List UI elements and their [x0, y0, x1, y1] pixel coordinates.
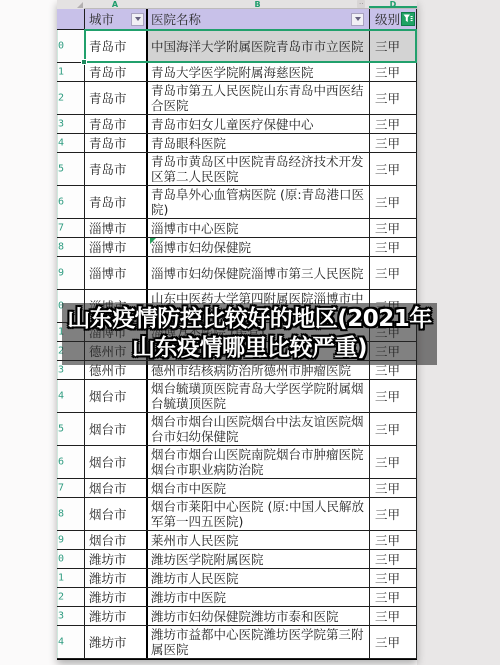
- cell-hospital[interactable]: 烟台市中医院: [146, 479, 369, 497]
- table-header-row: 城市 医院名称 级别: [57, 9, 417, 30]
- table-row: 13 青岛市 青岛市妇女儿童医疗保健中心 三甲: [57, 115, 417, 134]
- row-number[interactable]: 25: [57, 413, 84, 445]
- cell-level[interactable]: 三甲: [369, 290, 417, 322]
- cell-hospital[interactable]: 烟台市烟台山医院烟台中法友谊医院烟台市妇幼保健院: [146, 413, 369, 445]
- table-row: 21 淄博市 淄博万杰医院 (民营) 三甲: [57, 323, 417, 342]
- cell-hospital[interactable]: 烟台市烟台山医院南院烟台市肿瘤医院烟台市职业病防治院: [146, 446, 369, 478]
- cell-hospital[interactable]: 青岛市黄岛区中医院青岛经济技术开发区第二人民医院: [146, 153, 369, 185]
- header-hospital-label: 医院名称: [151, 12, 201, 27]
- table-row: 23 德州市 德州市结核病防治所德州市肿瘤医院 三甲: [57, 361, 417, 380]
- row-number[interactable]: 28: [57, 498, 84, 530]
- cell-city[interactable]: 潍坊市: [84, 569, 146, 587]
- cell-city[interactable]: 淄博市: [84, 257, 146, 289]
- row-number[interactable]: 29: [57, 531, 84, 549]
- cell-level[interactable]: 三甲: [369, 479, 417, 497]
- row-number[interactable]: 14: [57, 134, 84, 152]
- cell-level[interactable]: 三甲: [369, 63, 417, 81]
- cell-level[interactable]: 三甲: [369, 238, 417, 256]
- table-row: 30 潍坊市 潍坊医学院附属医院 三甲: [57, 550, 417, 569]
- cell-city[interactable]: 淄博市: [84, 290, 146, 322]
- table-row: 11 青岛市 青岛大学医学院附属海慈医院 三甲: [57, 63, 417, 82]
- cell-city[interactable]: 烟台市: [84, 479, 146, 497]
- table-row: 18 淄博市 淄博市妇幼保健院 三甲: [57, 238, 417, 257]
- column-letter-b[interactable]: B: [146, 0, 369, 8]
- column-letters-strip: A B D ··: [57, 0, 417, 9]
- row-number[interactable]: 31: [57, 569, 84, 587]
- cell-level[interactable]: 三甲: [369, 82, 417, 114]
- row-number[interactable]: 21: [57, 323, 84, 341]
- cell-level[interactable]: 三甲: [369, 153, 417, 185]
- cell-city[interactable]: 淄博市: [84, 323, 146, 341]
- row-number[interactable]: 24: [57, 380, 84, 412]
- header-level: 级别: [369, 9, 417, 29]
- table-row: 34 潍坊市 潍坊市益都中心医院潍坊医学院第三附属医院 三甲: [57, 626, 417, 659]
- cell-hospital[interactable]: 淄博市妇幼保健院: [146, 238, 369, 256]
- header-level-label: 级别: [375, 10, 400, 28]
- header-row-corner: [57, 9, 84, 29]
- cell-hospital[interactable]: 山东中医药大学第四附属医院淄博市中西医结合医院: [146, 290, 369, 322]
- cell-hospital[interactable]: 德州市中医院: [146, 342, 369, 360]
- hospital-table: 城市 医院名称 级别: [57, 9, 417, 660]
- cell-note-marker-icon: [150, 238, 156, 244]
- row-number[interactable]: 34: [57, 626, 84, 658]
- row-number[interactable]: 10: [57, 30, 84, 62]
- cell-level[interactable]: 三甲: [369, 498, 417, 530]
- cell-level[interactable]: 三甲: [369, 607, 417, 625]
- cell-city[interactable]: 淄博市: [84, 238, 146, 256]
- table-body: 10 青岛市 中国海洋大学附属医院青岛市市立医院 三甲 11 青岛市 青岛大学医…: [57, 30, 417, 659]
- cell-city[interactable]: 烟台市: [84, 531, 146, 549]
- table-row: 12 青岛市 青岛市第五人民医院山东青岛中西医结合医院 三甲: [57, 82, 417, 115]
- dropdown-arrow-icon: [135, 17, 141, 21]
- cell-level[interactable]: 三甲: [369, 531, 417, 549]
- cell-city[interactable]: 潍坊市: [84, 607, 146, 625]
- table-row: 22 德州市 德州市中医院 三甲: [57, 342, 417, 361]
- select-all-triangle-icon: [77, 2, 83, 8]
- cell-hospital[interactable]: 青岛眼科医院: [146, 134, 369, 152]
- spreadsheet: A B D ·· 城市 医院名称 级别: [57, 0, 417, 660]
- cell-city[interactable]: 烟台市: [84, 498, 146, 530]
- cell-hospital[interactable]: 青岛阜外心血管病医院 (原:青岛港口医院): [146, 186, 369, 218]
- cell-city[interactable]: 烟台市: [84, 446, 146, 478]
- sheet-right-margin: [417, 0, 500, 665]
- row-number[interactable]: 11: [57, 63, 84, 81]
- cell-hospital[interactable]: 淄博万杰医院 (民营): [146, 323, 369, 341]
- cell-hospital[interactable]: 德州市结核病防治所德州市肿瘤医院: [146, 361, 369, 379]
- cell-level[interactable]: 三甲: [369, 413, 417, 445]
- cell-hospital[interactable]: 潍坊市人民医院: [146, 569, 369, 587]
- cell-city[interactable]: 青岛市: [84, 186, 146, 218]
- row-number[interactable]: 30: [57, 550, 84, 568]
- cell-level[interactable]: 三甲: [369, 342, 417, 360]
- column-letter-a[interactable]: A: [84, 0, 146, 8]
- cell-level[interactable]: 三甲: [369, 257, 417, 289]
- cell-hospital[interactable]: 潍坊市中医院: [146, 588, 369, 606]
- table-row: 17 淄博市 淄博市中心医院 三甲: [57, 219, 417, 238]
- cell-level[interactable]: 三甲: [369, 219, 417, 237]
- cell-hospital[interactable]: 青岛大学医学院附属海慈医院: [146, 63, 369, 81]
- row-number[interactable]: 32: [57, 588, 84, 606]
- cell-level[interactable]: 三甲: [369, 323, 417, 341]
- row-number[interactable]: 15: [57, 153, 84, 185]
- cell-hospital[interactable]: 淄博市妇幼保健院淄博市第三人民医院: [146, 257, 369, 289]
- row-number[interactable]: 17: [57, 219, 84, 237]
- row-number[interactable]: 27: [57, 479, 84, 497]
- cell-hospital[interactable]: 烟台市莱阳中心医院 (原:中国人民解放军第一四五医院): [146, 498, 369, 530]
- table-row: 20 淄博市 山东中医药大学第四附属医院淄博市中西医结合医院 三甲: [57, 290, 417, 323]
- cell-hospital[interactable]: 青岛市第五人民医院山东青岛中西医结合医院: [146, 82, 369, 114]
- cell-level[interactable]: 三甲: [369, 588, 417, 606]
- row-number[interactable]: 19: [57, 257, 84, 289]
- table-row: 29 烟台市 莱州市人民医院 三甲: [57, 531, 417, 550]
- cell-level[interactable]: 三甲: [369, 134, 417, 152]
- row-number[interactable]: 20: [57, 290, 84, 322]
- cell-level[interactable]: 三甲: [369, 380, 417, 412]
- cell-city[interactable]: 青岛市: [84, 153, 146, 185]
- cell-city[interactable]: 潍坊市: [84, 626, 146, 658]
- table-row: 16 青岛市 青岛阜外心血管病医院 (原:青岛港口医院) 三甲: [57, 186, 417, 219]
- table-row: 10 青岛市 中国海洋大学附属医院青岛市市立医院 三甲: [57, 30, 417, 63]
- cell-city[interactable]: 青岛市: [84, 115, 146, 133]
- row-number[interactable]: 26: [57, 446, 84, 478]
- row-number[interactable]: 23: [57, 361, 84, 379]
- row-number[interactable]: 12: [57, 82, 84, 114]
- cell-city[interactable]: 淄博市: [84, 219, 146, 237]
- filter-funnel-icon: [403, 14, 413, 24]
- cell-city[interactable]: 青岛市: [84, 134, 146, 152]
- cell-city[interactable]: 潍坊市: [84, 588, 146, 606]
- cell-city[interactable]: 潍坊市: [84, 550, 146, 568]
- table-row: 24 烟台市 烟台毓璜顶医院青岛大学医学院附属烟台毓璜顶医院 三甲: [57, 380, 417, 413]
- cell-level[interactable]: 三甲: [369, 115, 417, 133]
- cell-level[interactable]: 三甲: [369, 626, 417, 658]
- cell-city[interactable]: 青岛市: [84, 63, 146, 81]
- cell-city[interactable]: 烟台市: [84, 413, 146, 445]
- cell-hospital[interactable]: 潍坊市益都中心医院潍坊医学院第三附属医院: [146, 626, 369, 658]
- cell-level[interactable]: 三甲: [369, 30, 417, 62]
- header-city-label: 城市: [89, 10, 114, 28]
- column-letter-d[interactable]: D: [369, 0, 417, 8]
- city-filter-dropdown-button[interactable]: [131, 13, 144, 26]
- dropdown-arrow-icon: [355, 17, 361, 21]
- cell-level[interactable]: 三甲: [369, 550, 417, 568]
- header-city: 城市: [84, 9, 146, 29]
- row-number[interactable]: 13: [57, 115, 84, 133]
- table-row: 33 潍坊市 潍坊市妇幼保健院潍坊市泰和医院 三甲: [57, 607, 417, 626]
- row-number[interactable]: 22: [57, 342, 84, 360]
- cell-hospital[interactable]: 莱州市人民医院: [146, 531, 369, 549]
- table-row: 14 青岛市 青岛眼科医院 三甲: [57, 134, 417, 153]
- header-hospital: 医院名称: [146, 9, 369, 29]
- table-row: 19 淄博市 淄博市妇幼保健院淄博市第三人民医院 三甲: [57, 257, 417, 290]
- table-row: 28 烟台市 烟台市莱阳中心医院 (原:中国人民解放军第一四五医院) 三甲: [57, 498, 417, 531]
- table-row: 25 烟台市 烟台市烟台山医院烟台中法友谊医院烟台市妇幼保健院 三甲: [57, 413, 417, 446]
- cell-hospital[interactable]: 烟台毓璜顶医院青岛大学医学院附属烟台毓璜顶医院: [146, 380, 369, 412]
- cell-hospital[interactable]: 中国海洋大学附属医院青岛市市立医院: [146, 30, 369, 62]
- cell-hospital[interactable]: 青岛市妇女儿童医疗保健中心: [146, 115, 369, 133]
- table-row: 32 潍坊市 潍坊市中医院 三甲: [57, 588, 417, 607]
- cell-level[interactable]: 三甲: [369, 446, 417, 478]
- select-all-corner[interactable]: [57, 0, 84, 9]
- table-row: 26 烟台市 烟台市烟台山医院南院烟台市肿瘤医院烟台市职业病防治院 三甲: [57, 446, 417, 479]
- level-active-filter-button[interactable]: [401, 12, 415, 26]
- table-row: 15 青岛市 青岛市黄岛区中医院青岛经济技术开发区第二人民医院 三甲: [57, 153, 417, 186]
- cell-level[interactable]: 三甲: [369, 569, 417, 587]
- table-row: 27 烟台市 烟台市中医院 三甲: [57, 479, 417, 498]
- row-number[interactable]: 18: [57, 238, 84, 256]
- cell-level[interactable]: 三甲: [369, 361, 417, 379]
- cell-city[interactable]: 烟台市: [84, 380, 146, 412]
- table-row: 31 潍坊市 潍坊市人民医院 三甲: [57, 569, 417, 588]
- cell-hospital[interactable]: 潍坊医学院附属医院: [146, 550, 369, 568]
- hidden-column-indicator: ··: [357, 0, 365, 8]
- cell-city[interactable]: 青岛市: [84, 82, 146, 114]
- row-number[interactable]: 33: [57, 607, 84, 625]
- cell-hospital[interactable]: 潍坊市妇幼保健院潍坊市泰和医院: [146, 607, 369, 625]
- cell-city[interactable]: 德州市: [84, 361, 146, 379]
- row-number[interactable]: 16: [57, 186, 84, 218]
- cell-hospital[interactable]: 淄博市中心医院: [146, 219, 369, 237]
- cell-city[interactable]: 青岛市: [84, 30, 146, 62]
- hospital-filter-dropdown-button[interactable]: [351, 13, 364, 26]
- cell-city[interactable]: 德州市: [84, 342, 146, 360]
- cell-level[interactable]: 三甲: [369, 186, 417, 218]
